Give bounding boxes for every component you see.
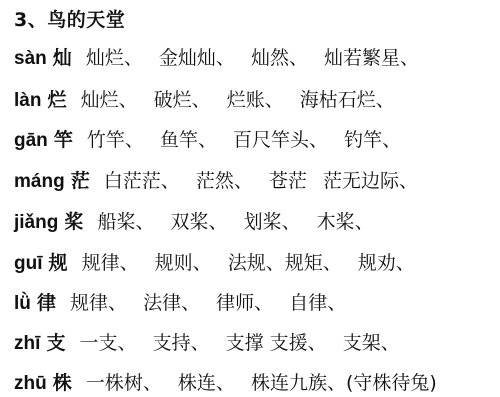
word: 规律、 bbox=[70, 292, 127, 314]
word: 支持、 bbox=[153, 332, 210, 354]
character: 规 bbox=[49, 252, 68, 274]
vocab-row: lǜ 律 规律、 法律、 律师、 自律、 bbox=[14, 289, 356, 317]
vocab-row: gān 竿 竹竿、 鱼竿、 百尺竿头、 钓竿、 bbox=[14, 126, 411, 154]
character: 灿 bbox=[53, 47, 72, 69]
word: 法律、 bbox=[143, 292, 200, 314]
word: 金灿灿、 bbox=[159, 47, 235, 69]
word: 苍茫 bbox=[269, 170, 307, 192]
pinyin: zhī bbox=[14, 333, 40, 354]
character: 株 bbox=[53, 372, 72, 394]
word: 灿烂、 bbox=[81, 89, 138, 111]
word: 规律、 bbox=[82, 252, 139, 274]
word: 一支、 bbox=[80, 332, 137, 354]
pinyin: jiǎng bbox=[14, 212, 58, 233]
word: 竹竿、 bbox=[87, 129, 144, 151]
vocab-row: zhī 支 一支、 支持、 支撑 支援、 支架、 bbox=[14, 329, 410, 357]
pinyin: sàn bbox=[14, 48, 47, 69]
vocab-row: sàn 灿 灿烂、 金灿灿、 灿然、 灿若繁星、 bbox=[14, 44, 429, 72]
vocab-row: máng 茫 白茫茫、 茫然、 苍茫 茫无边际、 bbox=[14, 167, 428, 195]
word: 双桨、 bbox=[171, 211, 228, 233]
word: 支架、 bbox=[343, 332, 400, 354]
word: 白茫茫、 bbox=[104, 170, 180, 192]
character: 茫 bbox=[71, 170, 90, 192]
word: 规劝、 bbox=[358, 252, 415, 274]
word: 法规、规矩、 bbox=[228, 252, 342, 274]
pinyin: máng bbox=[14, 171, 65, 192]
pinyin: làn bbox=[14, 90, 41, 111]
character: 烂 bbox=[48, 89, 67, 111]
word: 支撑 支援、 bbox=[226, 332, 327, 354]
word: 一株树、 bbox=[86, 372, 162, 394]
pinyin: zhū bbox=[14, 373, 47, 394]
word: 木桨、 bbox=[317, 211, 374, 233]
word: 株连九族、(守株待兔) bbox=[251, 372, 437, 394]
word: 海枯石烂、 bbox=[300, 89, 395, 111]
character: 支 bbox=[46, 332, 65, 354]
character: 律 bbox=[37, 292, 56, 314]
pinyin: gān bbox=[14, 130, 48, 151]
character: 竿 bbox=[54, 129, 73, 151]
word: 律师、 bbox=[216, 292, 273, 314]
word: 灿然、 bbox=[251, 47, 308, 69]
word: 茫然、 bbox=[196, 170, 253, 192]
word: 烂账、 bbox=[227, 89, 284, 111]
pinyin: guī bbox=[14, 253, 43, 274]
word: 株连、 bbox=[178, 372, 235, 394]
word: 钓竿、 bbox=[344, 129, 401, 151]
vocab-row: làn 烂 灿烂、 破烂、 烂账、 海枯石烂、 bbox=[14, 86, 405, 114]
word: 规则、 bbox=[155, 252, 212, 274]
word: 灿烂、 bbox=[86, 47, 143, 69]
vocab-row: jiǎng 桨 船桨、 双桨、 划桨、 木桨、 bbox=[14, 208, 384, 236]
word: 灿若繁星、 bbox=[324, 47, 419, 69]
character: 桨 bbox=[64, 211, 83, 233]
pinyin: lǜ bbox=[14, 293, 31, 314]
vocab-row: zhū 株 一株树、 株连、 株连九族、(守株待兔) bbox=[14, 369, 447, 397]
vocab-row: guī 规 规律、 规则、 法规、规矩、 规劝、 bbox=[14, 249, 425, 277]
word: 茫无边际、 bbox=[323, 170, 418, 192]
word: 划桨、 bbox=[244, 211, 301, 233]
word: 自律、 bbox=[289, 292, 346, 314]
word: 破烂、 bbox=[154, 89, 211, 111]
section-title: 3、鸟的天堂 bbox=[14, 6, 125, 34]
word: 鱼竿、 bbox=[160, 129, 217, 151]
word: 船桨、 bbox=[97, 211, 154, 233]
word: 百尺竿头、 bbox=[233, 129, 328, 151]
